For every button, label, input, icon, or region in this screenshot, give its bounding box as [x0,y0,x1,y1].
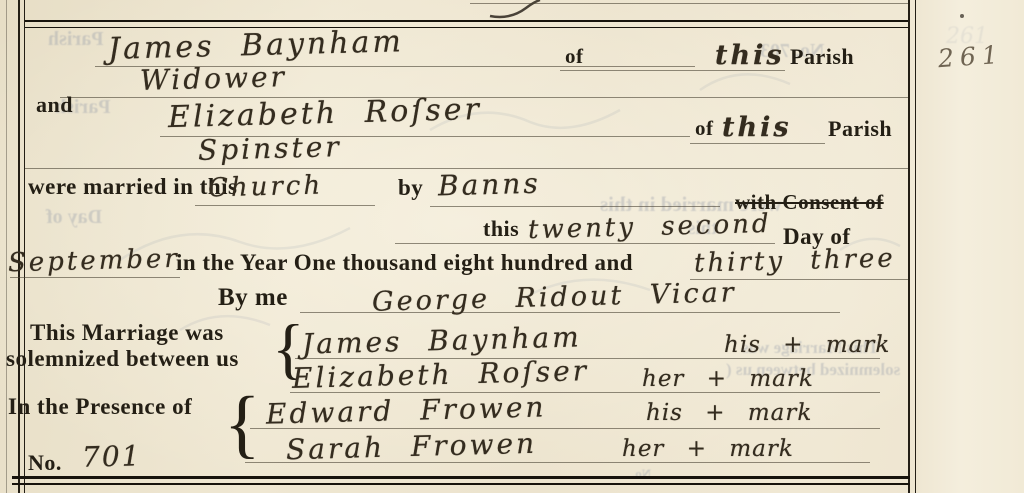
right-double-rule-inner [908,0,910,493]
entry-separator-rule [25,27,908,28]
by-label: by [398,175,423,201]
groom-condition: Widower [140,60,288,97]
witness-signature: Sarah Frowen [286,427,538,467]
parish-label: Parish [828,116,892,142]
bleed-through-text: Parish [48,28,104,51]
witness-mark: her + mark [622,436,794,462]
presence-label: In the Presence of [8,394,192,420]
parish-label: Parish [790,44,854,70]
day-fill: twenty second [528,209,772,245]
entry-no: 701 [82,439,142,474]
place-fill: Church [208,170,324,203]
month-fill: September [8,244,181,278]
ruled-line [470,3,908,4]
married-prefix-label: were married in this [28,174,238,200]
margin-page-number: 261 [937,40,1005,74]
marriage-register-entry: Parish No. 703 Parish were married in th… [0,0,1024,493]
year-text-label: in the Year One thousand eight hundred a… [176,250,633,276]
ruled-line [195,205,375,206]
of-label: of [695,116,714,141]
by-me-label: By me [218,284,288,312]
page-edge-rule [6,0,7,493]
method-fill: Banns [438,167,542,203]
party-signature: Elizabeth Roſser [292,354,590,395]
entry-no-label: No. [28,450,62,476]
parish-fill: this [722,112,792,143]
bleed-through-text: Day of [46,206,102,229]
year-fill: thirty three [694,243,896,278]
party-mark: her + mark [642,366,814,392]
ruled-line [430,206,720,207]
brace-icon: { [224,386,260,462]
bride-name: Elizabeth Roſser [168,92,483,135]
ruled-line [60,97,908,98]
party-mark: his + mark [724,332,890,358]
and-label: and [36,92,73,118]
bride-condition: Spinster [198,130,342,167]
solemnized-label: solemnized between us [6,346,239,372]
bleed-through-text: No. [632,466,651,482]
of-label: of [565,44,584,69]
entry-separator-rule [25,20,908,22]
this-label: this [483,216,519,242]
entry-separator-rule [12,476,910,479]
parish-fill: this [715,40,785,71]
marriage-was-label: This Marriage was [30,320,224,346]
entry-separator-rule [12,483,910,485]
witness-mark: his + mark [646,400,812,426]
right-double-rule-outer [915,0,916,493]
page-margin [919,0,1024,493]
ruled-line [690,143,825,144]
witness-signature: Edward Frowen [266,390,547,430]
